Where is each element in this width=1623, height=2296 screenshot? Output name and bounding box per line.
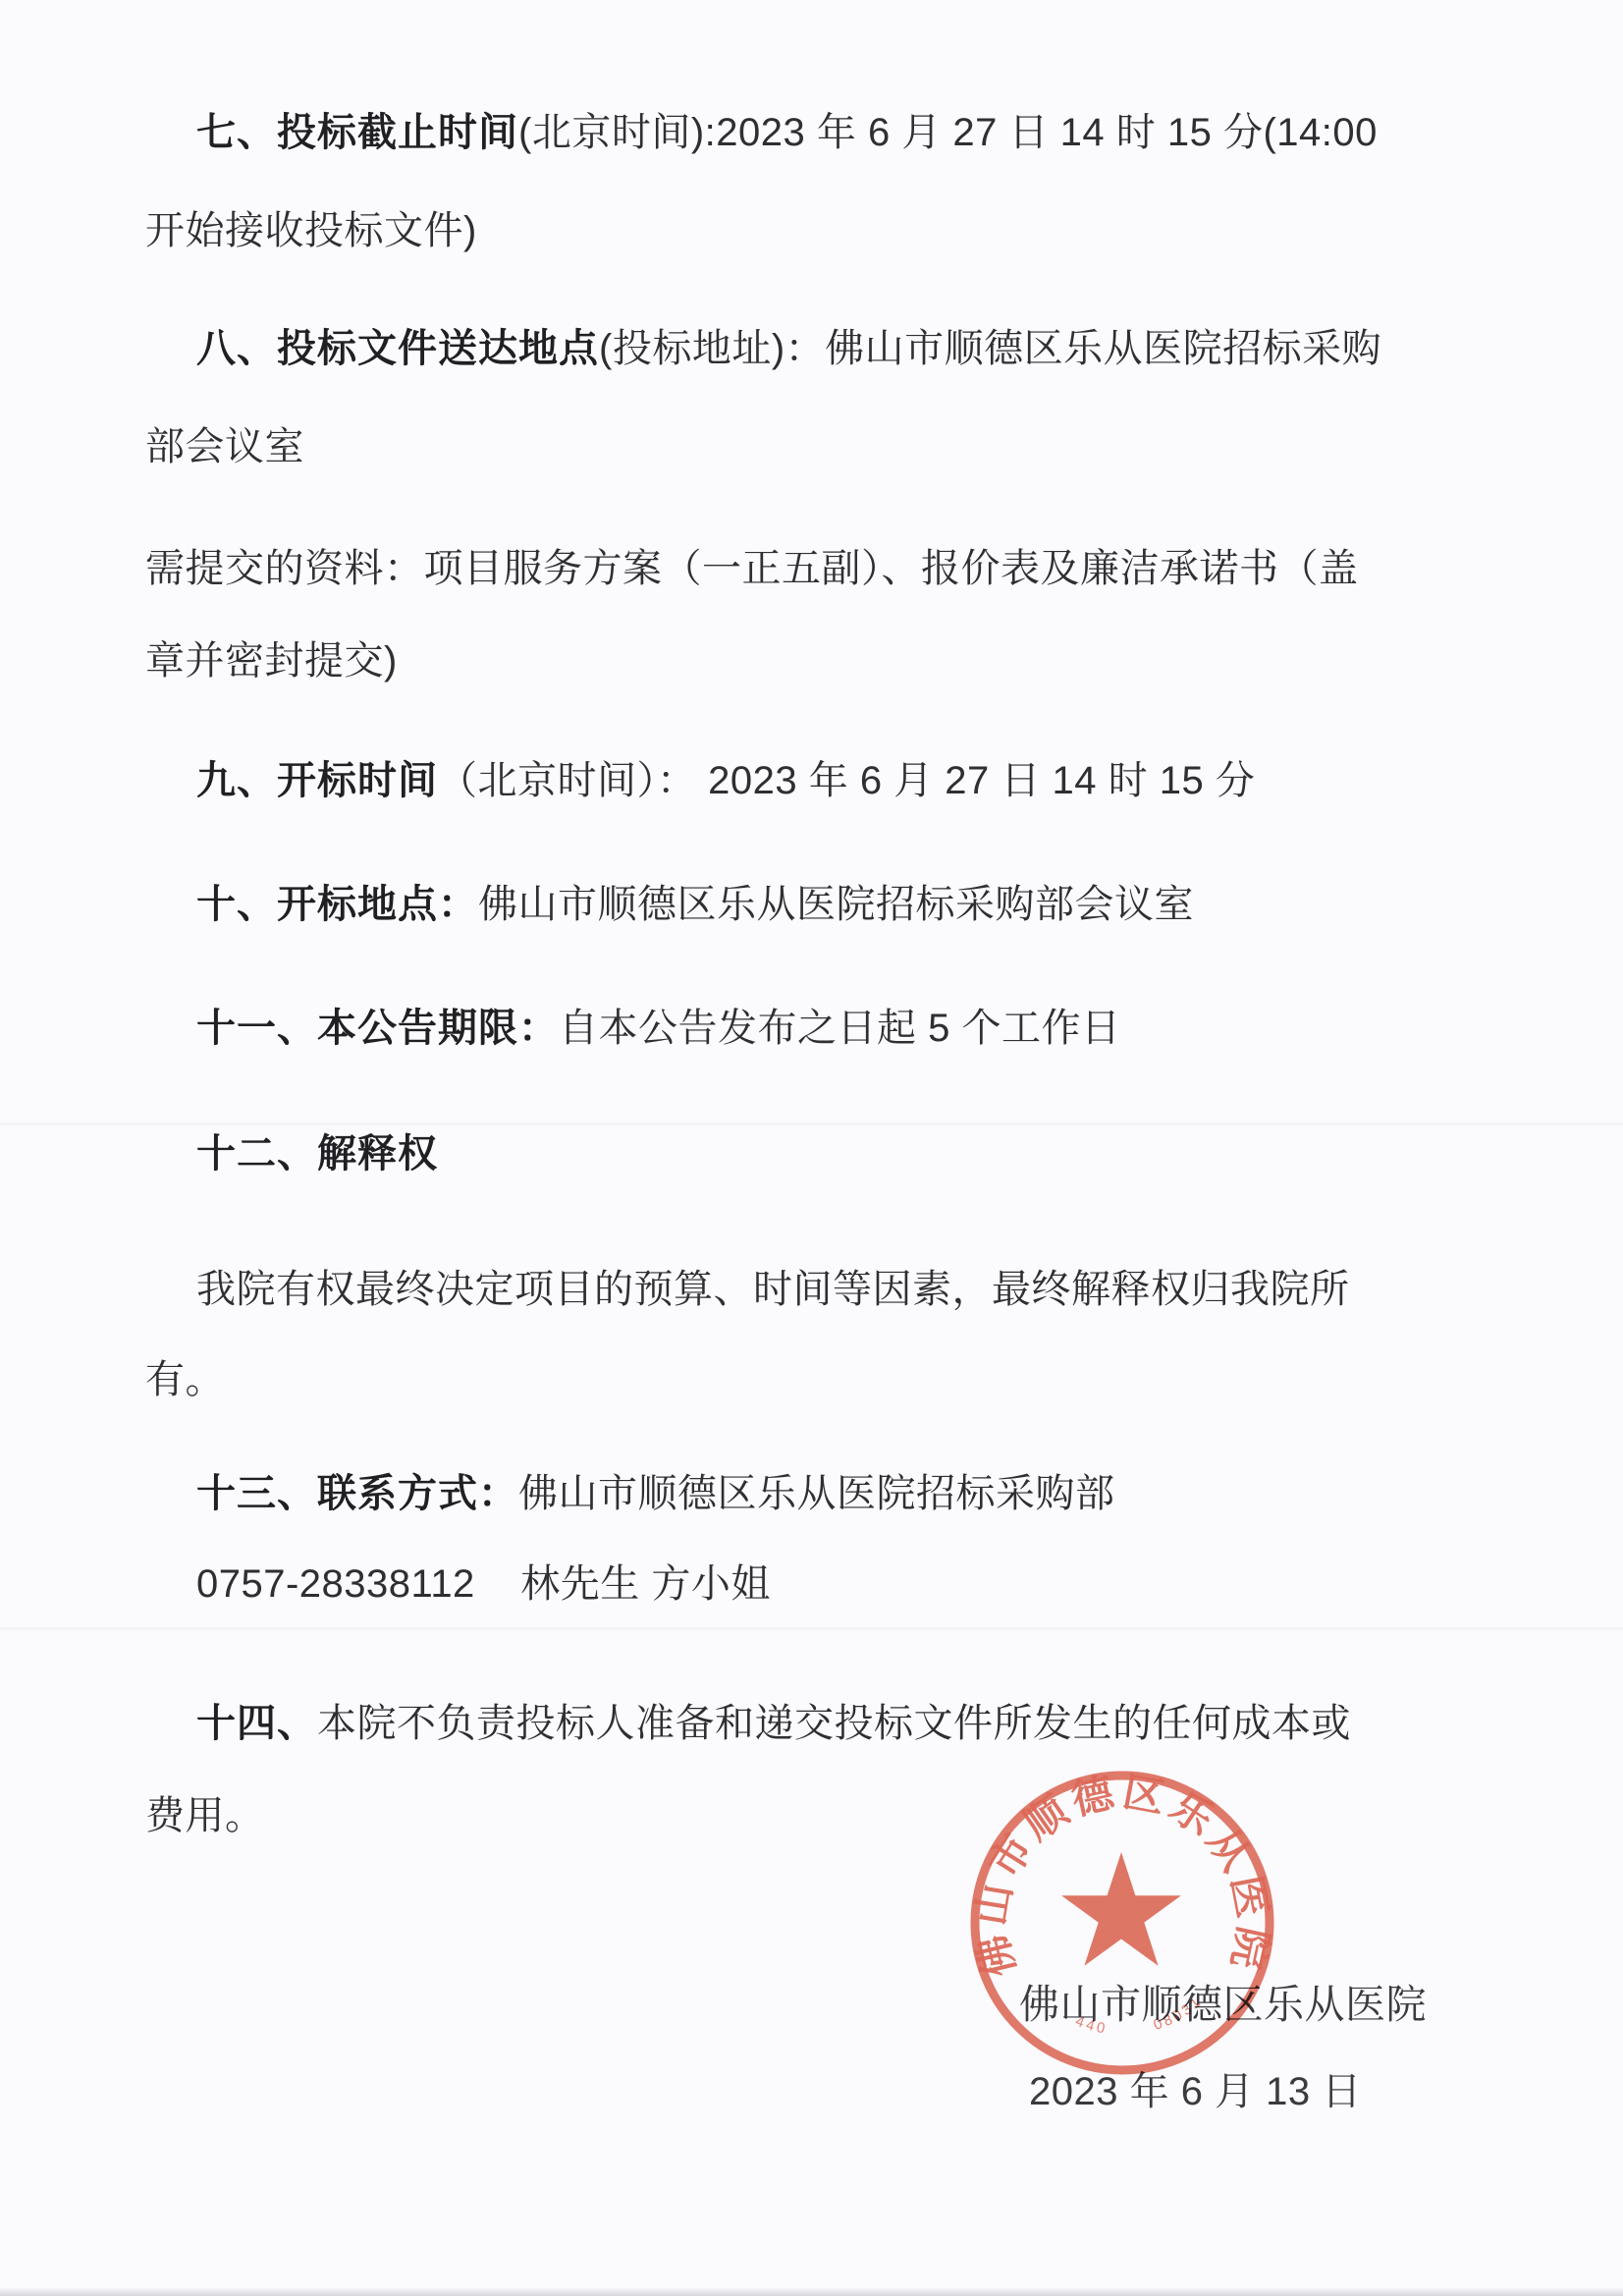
section-8-continuation: 部会议室 xyxy=(145,424,304,470)
required-materials-continuation-text: 章并密封提交) xyxy=(145,639,398,683)
section-9-heading: 九、开标时间 xyxy=(196,759,438,802)
interpretation-body-text: 我院有权最终决定项目的预算、时间等因素，最终解释权归我院所 xyxy=(196,1268,1350,1311)
section-7-continuation: 开始接收投标文件) xyxy=(145,208,477,254)
seal-star-icon xyxy=(1061,1852,1181,1966)
section-9-value: （北京时间）： 2023 年 6 月 27 日 14 时 15 分 xyxy=(438,759,1255,802)
hospital-seal: 佛山市顺德区乐从医院 440 08031 xyxy=(963,1766,1281,2084)
section-7-continuation-text: 开始接收投标文件) xyxy=(145,209,477,252)
section-11-notice-period: 十一、本公告期限：自本公告发布之日起 5 个工作日 xyxy=(196,1006,1120,1052)
document-page: 七、投标截止时间(北京时间):2023 年 6 月 27 日 14 时 15 分… xyxy=(0,0,1623,2296)
section-7-value: (北京时间):2023 年 6 月 27 日 14 时 15 分(14:00 xyxy=(518,111,1378,154)
section-11-heading: 十一、本公告期限： xyxy=(196,1007,559,1050)
seal-serial-right: 08031 xyxy=(1152,1993,1207,2034)
section-14-continuation-text: 费用。 xyxy=(145,1794,265,1837)
section-8-heading: 八、投标文件送达地点 xyxy=(196,327,599,370)
interpretation-body: 我院有权最终决定项目的预算、时间等因素，最终解释权归我院所 xyxy=(196,1267,1350,1313)
contact-phone-text: 0757-28338112 林先生 方小姐 xyxy=(196,1562,771,1606)
svg-text:08031: 08031 xyxy=(1152,1993,1207,2034)
section-7-deadline: 七、投标截止时间(北京时间):2023 年 6 月 27 日 14 时 15 分… xyxy=(196,110,1378,156)
seal-serial-left: 440 xyxy=(1073,2013,1109,2038)
section-12-heading: 十二、解释权 xyxy=(196,1132,438,1175)
section-12-interpretation: 十二、解释权 xyxy=(196,1131,438,1177)
section-14-value: 本院不负责投标人准备和递交投标文件所发生的任何成本或 xyxy=(317,1702,1351,1745)
section-13-value: 佛山市顺德区乐从医院招标采购部 xyxy=(518,1472,1115,1515)
interpretation-body-continuation: 有。 xyxy=(145,1357,225,1403)
scan-artifact xyxy=(0,1122,1623,1125)
section-8-value: (投标地址)：佛山市顺德区乐从医院招标采购 xyxy=(599,327,1381,370)
scan-edge-shadow xyxy=(0,2287,1623,2296)
section-10-value: 佛山市顺德区乐从医院招标采购部会议室 xyxy=(478,883,1194,926)
section-8-delivery-place: 八、投标文件送达地点(投标地址)：佛山市顺德区乐从医院招标采购 xyxy=(196,326,1381,372)
section-9-open-time: 九、开标时间（北京时间）： 2023 年 6 月 27 日 14 时 15 分 xyxy=(196,758,1255,804)
section-13-contact: 十三、联系方式：佛山市顺德区乐从医院招标采购部 xyxy=(196,1471,1115,1517)
scan-artifact xyxy=(0,1627,1623,1630)
section-13-heading: 十三、联系方式： xyxy=(196,1472,518,1515)
section-14-heading: 十四、 xyxy=(196,1702,317,1745)
section-11-value: 自本公告发布之日起 5 个工作日 xyxy=(559,1007,1120,1050)
section-14-costs: 十四、本院不负责投标人准备和递交投标文件所发生的任何成本或 xyxy=(196,1701,1351,1747)
contact-phone-line: 0757-28338112 林先生 方小姐 xyxy=(196,1561,771,1608)
section-10-open-place: 十、开标地点：佛山市顺德区乐从医院招标采购部会议室 xyxy=(196,882,1194,928)
section-8-continuation-text: 部会议室 xyxy=(145,425,304,468)
required-materials: 需提交的资料：项目服务方案（一正五副）、报价表及廉洁承诺书（盖 xyxy=(145,546,1359,592)
interpretation-body-continuation-text: 有。 xyxy=(145,1358,225,1401)
section-14-continuation: 费用。 xyxy=(145,1793,265,1839)
section-10-heading: 十、开标地点： xyxy=(196,883,478,926)
svg-text:440: 440 xyxy=(1073,2013,1109,2038)
section-7-heading: 七、投标截止时间 xyxy=(196,111,518,154)
required-materials-continuation: 章并密封提交) xyxy=(145,638,398,684)
required-materials-text: 需提交的资料：项目服务方案（一正五副）、报价表及廉洁承诺书（盖 xyxy=(145,547,1359,590)
